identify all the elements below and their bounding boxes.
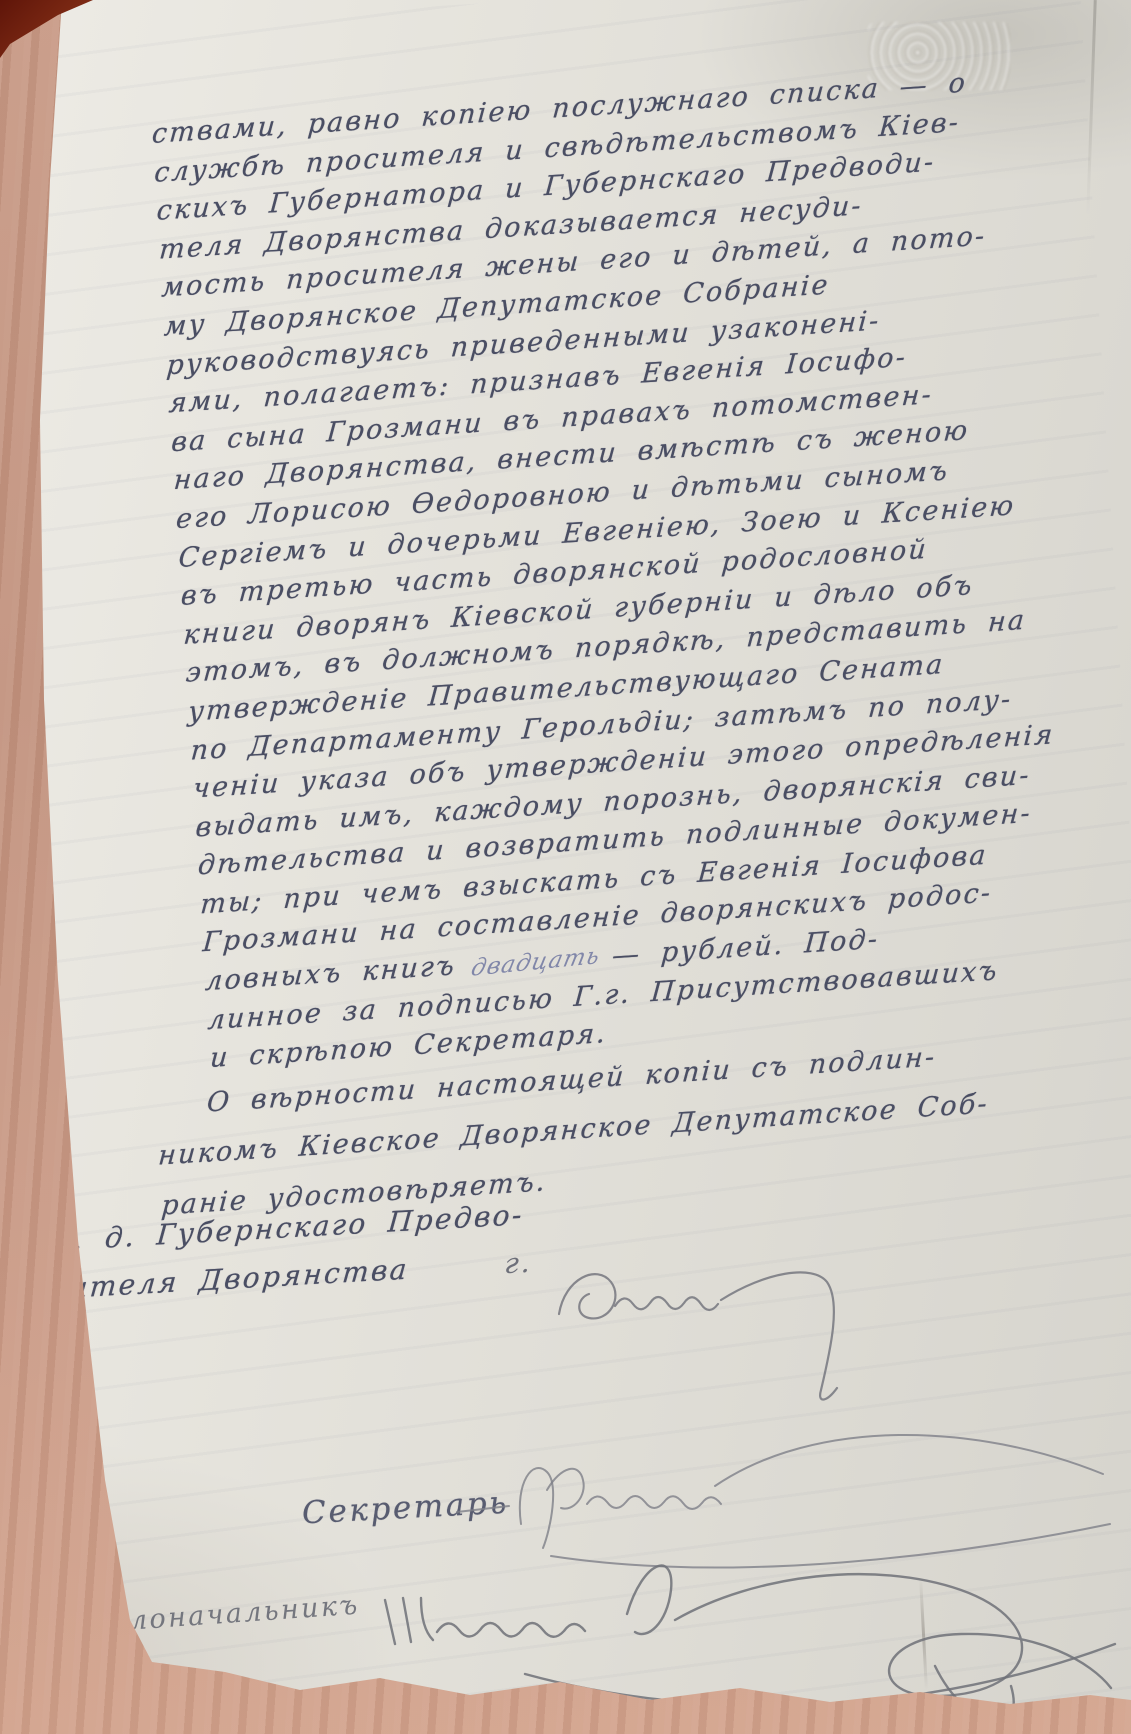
photographed-archival-document: ствами, равно копіею послужнаго списка —… (0, 0, 1131, 1734)
page-crease-top-right (1086, 0, 1097, 215)
marshal-title-block: И. д. Губернскаго Предво- дителя Дворянс… (42, 1191, 530, 1314)
marshal-signature (545, 1238, 905, 1408)
document-page: ствами, равно копіею послужнаго списка —… (0, 0, 1131, 1734)
marshal-signature-initial: г. (503, 1246, 534, 1281)
manuscript-text-block: ствами, равно копіею послужнаго списка —… (148, 62, 1070, 1079)
